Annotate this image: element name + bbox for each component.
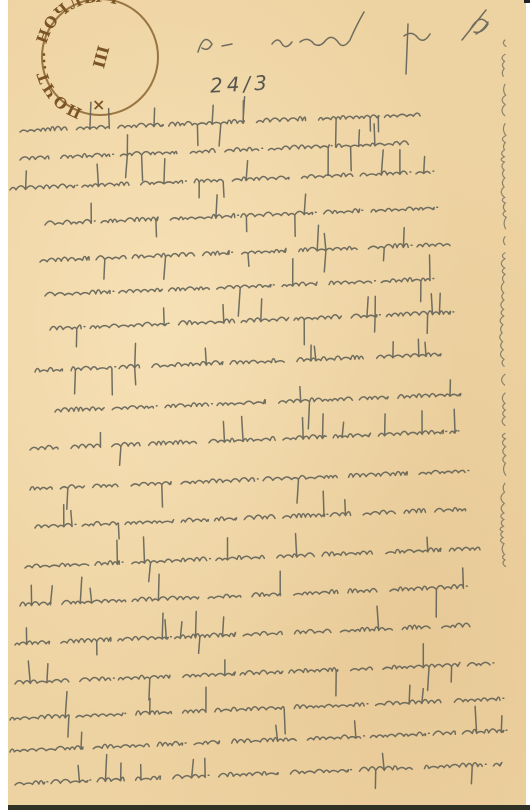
handwritten-line	[10, 706, 507, 752]
handwritten-line	[55, 380, 461, 429]
salutation-line	[198, 12, 430, 74]
handwriting-layer	[0, 0, 530, 810]
handwritten-line	[35, 491, 466, 539]
handwritten-line	[45, 194, 438, 237]
handwritten-line	[35, 339, 441, 395]
margin-note-vertical	[500, 40, 506, 567]
corner-mark	[462, 10, 488, 40]
handwritten-line	[20, 97, 420, 147]
handwritten-line	[50, 293, 454, 346]
handwritten-line	[25, 534, 480, 582]
handwritten-line	[10, 685, 504, 737]
handwritten-line	[30, 470, 469, 509]
date: 24/3	[209, 70, 271, 97]
handwritten-line	[30, 409, 459, 465]
handwritten-line	[15, 644, 494, 700]
handwritten-line	[15, 606, 470, 655]
handwritten-line	[40, 225, 450, 279]
handwritten-line	[20, 124, 408, 181]
handwritten-line	[15, 753, 502, 788]
handwritten-line	[20, 568, 467, 617]
